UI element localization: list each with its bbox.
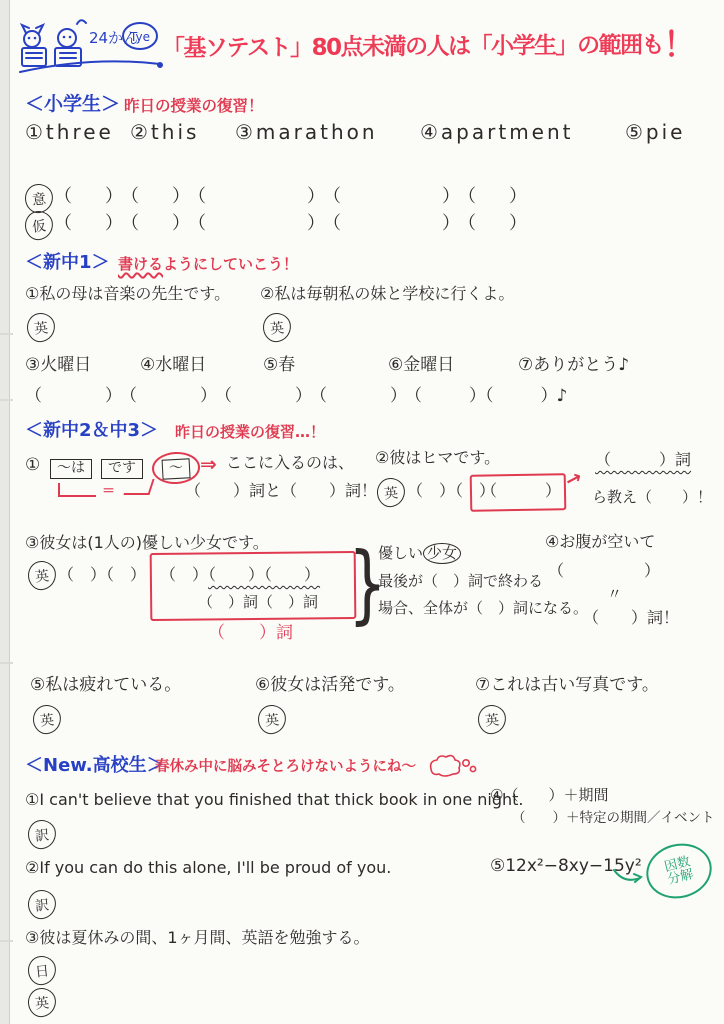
answer-paren-row: （ ） （ ） （ ） （ ） （ ）: [54, 186, 526, 209]
hint-text: ここに入るのは、: [226, 453, 354, 473]
translate-mark: 訳: [27, 889, 58, 921]
answer-parens: （ ）詞！: [583, 608, 679, 628]
sentence: ⑦これは古い写真です。: [475, 675, 659, 696]
day-item: ⑤春: [263, 355, 295, 376]
answer-paren-row: （ ） （ ） （ ） （ ） （ ）（ ）♪: [25, 386, 566, 407]
sec1-subheading: 昨日の授業の復習！: [124, 97, 264, 116]
doodle-badge: Tye: [129, 30, 150, 44]
hint-text: （ ）詞と（ ）詞！: [185, 481, 377, 501]
blue-mascot-doodle: 24かん Tye: [14, 12, 166, 78]
day-item: ③火曜日: [25, 355, 91, 376]
sentence: ⑥彼女は活発です。: [255, 675, 405, 696]
sec3-heading: ＜新中2＆中3＞: [25, 420, 158, 443]
english-mark: 英: [477, 704, 508, 736]
grammar-note: 場合、全体が（ ）詞になる。: [378, 599, 588, 618]
factorize-badge: 因数 分解: [640, 837, 717, 905]
word-item: ②this: [130, 120, 199, 145]
grammar-box: 〜は: [50, 459, 92, 479]
answer-paren: （ ）: [160, 565, 208, 584]
grammar-box: です: [101, 459, 143, 479]
hint-text: （ ）詞: [595, 450, 691, 470]
word-item: ④apartment: [420, 120, 574, 145]
answer-paren-row: （ ） （ ） （ ） （ ） （ ）: [54, 213, 526, 236]
english-mark: 英: [27, 560, 58, 592]
kana-mark: 仮: [24, 210, 55, 242]
page-title-text: 「基ソテスト」80点未満の人は「小学生」の範囲も: [162, 32, 663, 61]
sentence: ④お腹が空いて: [545, 532, 655, 552]
pos-label-row: （ ）詞（ ）詞: [198, 593, 318, 612]
sentence-english: ②If you can do this alone, I'll be proud…: [25, 858, 391, 878]
melting-brain-doodle: [428, 753, 478, 777]
red-arrow-icon: ⇒: [200, 452, 217, 477]
english-mark: 英: [262, 312, 293, 344]
english-mark: 英: [26, 312, 57, 344]
sentence: ③彼は夏休みの間、1ヶ月間、英語を勉強する。: [25, 928, 370, 948]
japanese-mark: 日: [27, 955, 58, 987]
red-connector-line: [58, 483, 96, 497]
translate-mark: 訳: [27, 819, 58, 851]
sentence: ③彼女は(1人の)優しい少女です。: [25, 533, 269, 553]
meaning-mark: 意: [24, 183, 55, 215]
paper-edge-line: [9, 0, 10, 1024]
red-connector-line: [123, 479, 154, 495]
day-item: ④水曜日: [140, 355, 206, 376]
page-title: 「基ソテスト」80点未満の人は「小学生」の範囲も！: [162, 24, 696, 70]
sec3-subheading: 昨日の授業の復習…！: [175, 423, 325, 442]
day-item: ⑦ありがとう♪: [518, 355, 629, 376]
circled-word: 少女: [423, 543, 461, 564]
pos-answer-red: （ ）詞: [208, 623, 293, 644]
sentence-english: ①I can't believe that you finished that …: [25, 790, 524, 810]
grammar-box: 〜: [162, 458, 191, 479]
grammar-note-text: 優しい: [378, 544, 423, 562]
sec2-subheading-emphasis: 書ける: [118, 255, 163, 273]
word-item: ③marathon: [235, 120, 378, 145]
english-mark: 英: [32, 704, 63, 736]
sec1-heading: ＜小学生＞: [25, 93, 120, 117]
answer-parens: （ ）（ ）（ ）: [160, 565, 320, 585]
equals-annotation: ＝: [102, 484, 115, 500]
exclamation-mark: ！: [663, 25, 696, 65]
english-mark: 英: [27, 987, 58, 1019]
answer-paren-wavy: （ ）: [264, 565, 320, 584]
sentence: ⑤私は疲れている。: [30, 675, 181, 696]
answer-parens: （ ）: [548, 561, 660, 581]
grammar-boxes: 〜はです〜: [50, 452, 200, 484]
english-mark: 英: [257, 704, 288, 736]
grammar-note: 優しい少女: [378, 543, 461, 564]
sentence: ②彼はヒマです。: [375, 448, 500, 468]
hint-text: ④（ ）＋期間: [490, 786, 608, 805]
hint-text: ら教え（ ）！: [592, 488, 712, 507]
worksheet-page: 24かん Tye 「基ソテスト」80点未満の人は「小学生」の範囲も！ ＜小学生＞…: [0, 0, 724, 1024]
green-arrow-icon: [612, 866, 646, 888]
english-mark: 英: [376, 477, 407, 509]
sec4-subheading: 春休み中に脳みそとろけないようにね〜: [155, 758, 416, 776]
answer-paren-wavy: （ ）: [208, 565, 264, 584]
ditto-mark: 〃: [607, 585, 622, 604]
paper-edge: [0, 0, 9, 1024]
hint-text: （ ）＋特定の期間／イベント: [512, 810, 715, 827]
answer-parens: （ ）: [481, 481, 561, 501]
word-item: ①three: [25, 120, 114, 145]
scan-artifact: [0, 333, 13, 335]
question-number: ①: [25, 455, 40, 476]
sec2-subheading-rest: ようにしていこう！: [163, 255, 298, 273]
grammar-note: 最後が（ ）詞で終わる: [378, 572, 543, 591]
answer-parens: （ ）（ ）: [58, 565, 146, 585]
sentence: ①私の母は音楽の先生です。: [25, 284, 230, 304]
sec4-heading: ＜New.高校生＞: [25, 755, 165, 778]
sec2-heading: ＜新中1＞: [25, 252, 110, 275]
scan-artifact: [0, 940, 13, 942]
red-circle-highlight: 〜: [151, 451, 201, 485]
day-item: ⑥金曜日: [388, 355, 454, 376]
sec2-subheading: 書けるようにしていこう！: [118, 255, 298, 274]
word-item: ⑤pie: [625, 120, 686, 145]
sentence: ②私は毎朝私の妹と学校に行くよ。: [260, 284, 514, 304]
scan-artifact: [0, 662, 13, 664]
scan-artifact: [0, 399, 13, 401]
